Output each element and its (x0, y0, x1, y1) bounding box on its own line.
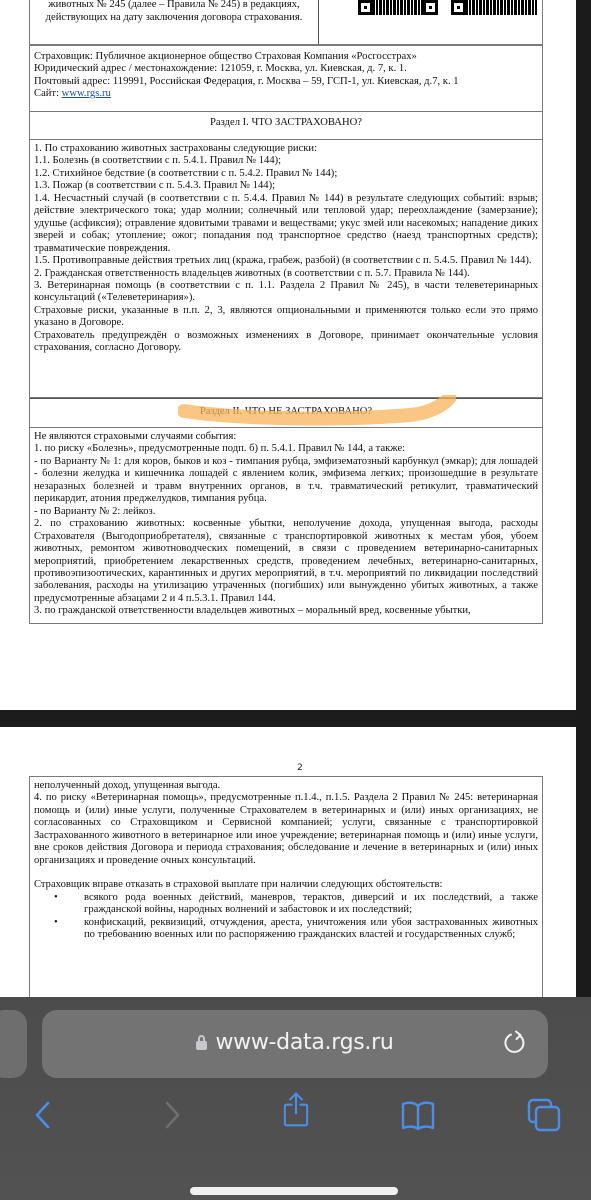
insurer-name: Страховщик: Публичное акционерное общест… (34, 51, 538, 63)
bookmarks-icon[interactable] (400, 1097, 436, 1133)
page-number: 2 (0, 763, 591, 773)
rules-header-row: животных № 245 (далее – Правила № 245) в… (29, 0, 543, 45)
browser-toolbar (0, 1097, 591, 1137)
previous-tab-preview[interactable] (0, 1010, 27, 1078)
refusal-intro: Страховщик вправе отказать в страховой в… (34, 879, 538, 891)
paragraph: 1.5. Противоправные действия третьих лиц… (34, 255, 538, 267)
forward-icon[interactable] (154, 1097, 190, 1133)
pdf-page-1: животных № 245 (далее – Правила № 245) в… (0, 0, 576, 710)
paragraph: 4. по риску «Ветеринарная помощь», преду… (34, 792, 538, 867)
list-item: всякого рода военных действий, маневров,… (84, 892, 538, 917)
paragraph: неполученный доход, упущенная выгода. (34, 780, 538, 792)
section-1-title: Раздел I. ЧТО ЗАСТРАХОВАНО? (29, 112, 543, 140)
reload-icon[interactable] (502, 1030, 528, 1056)
paragraph: 1.2. Стихийное бедствие (в соответствии … (34, 168, 538, 180)
insurer-postal-address: Почтовый адрес: 119991, Российская Федер… (34, 76, 538, 88)
qr-code-icon (319, 0, 542, 44)
section-2-body: Не являются страховыми случаями события:… (29, 428, 543, 624)
address-bar[interactable]: www-data.rgs.ru (42, 1010, 548, 1078)
insurer-legal-address: Юридический адрес / местонахождение: 121… (34, 63, 538, 75)
rules-reference-text: животных № 245 (далее – Правила № 245) в… (30, 0, 319, 44)
paragraph: 1. по риску «Болезнь», предусмотренные п… (34, 443, 538, 455)
paragraph: 3. по гражданской ответственности владел… (34, 605, 538, 617)
site-link[interactable]: www.rgs.ru (62, 88, 111, 99)
url-text: www-data.rgs.ru (215, 1030, 393, 1055)
insurer-info: Страховщик: Публичное акционерное общест… (29, 45, 543, 112)
section-1-body: 1. По страхованию животных застрахованы … (29, 140, 543, 398)
paragraph: 2. по страхованию животных: косвенные уб… (34, 518, 538, 605)
tabs-icon[interactable] (526, 1097, 562, 1133)
paragraph: - по Варианту № 2: лейкоз. (34, 506, 538, 518)
paragraph: 1.3. Пожар (в соответствии с п. 5.4.3. П… (34, 180, 538, 192)
paragraph: - по Варианту № 1: для коров, быков и ко… (34, 456, 538, 506)
pdf-page-2: 2 неполученный доход, упущенная выгода. … (0, 727, 576, 1027)
paragraph: 1.1. Болезнь (в соответствии с п. 5.4.1.… (34, 155, 538, 167)
share-icon[interactable] (278, 1091, 314, 1127)
section-2-title: Раздел II. ЧТО НЕ ЗАСТРАХОВАНО? (29, 398, 543, 428)
paragraph: Не являются страховыми случаями события: (34, 431, 538, 443)
back-icon[interactable] (26, 1097, 62, 1133)
paragraph: Страхователь предупреждён о возможных из… (34, 330, 538, 355)
paragraph: 2. Гражданская ответственность владельце… (34, 268, 538, 280)
home-indicator[interactable] (190, 1187, 398, 1195)
paragraph: 1. По страхованию животных застрахованы … (34, 143, 538, 155)
list-item: конфискаций, реквизиций, отчуждения, аре… (84, 917, 538, 942)
insurer-site: Сайт: www.rgs.ru (34, 88, 538, 100)
refusal-list: всякого рода военных действий, маневров,… (34, 892, 538, 942)
lock-icon (196, 1035, 207, 1050)
paragraph: 3. Ветеринарная помощь (в соответствии с… (34, 280, 538, 305)
paragraph: Страховые риски, указанные в п.п. 2, 3, … (34, 305, 538, 330)
safari-bottom-bar: www-data.rgs.ru (0, 997, 591, 1200)
paragraph: 1.4. Несчастный случай (в соответствии с… (34, 193, 538, 255)
